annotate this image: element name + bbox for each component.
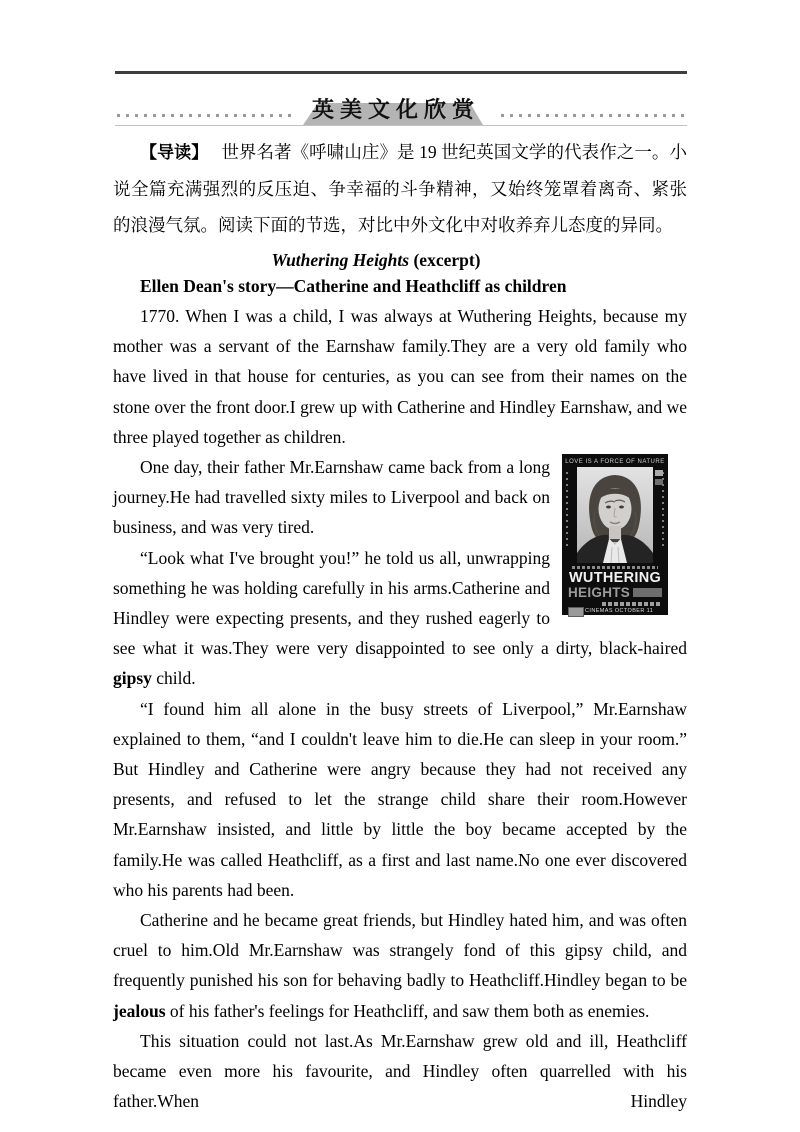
paragraph: This situation could not last.As Mr.Earn…	[113, 1026, 687, 1117]
article-title-rest: (excerpt)	[409, 250, 480, 270]
top-rule-divider	[115, 71, 687, 74]
poster-release-text: IN CINEMAS OCTOBER 11	[577, 608, 653, 614]
poster-title-decoration-rect	[633, 588, 662, 597]
article-title: Wuthering Heights (excerpt)	[113, 247, 687, 273]
section-banner: 英美文化欣赏	[113, 101, 687, 126]
poster-tagline: LOVE IS A FORCE OF NATURE	[565, 459, 664, 465]
poster-title-line2-row: HEIGHTS	[568, 586, 662, 600]
poster-credits-bar-decoration	[572, 566, 658, 569]
certificate-icon	[568, 607, 584, 617]
page-content: 【导读】世界名著《呼啸山庄》是 19 世纪英国文学的代表作之一。小说全篇充满强烈…	[113, 134, 687, 1116]
banner-dots-left	[117, 114, 293, 117]
textbook-page: 英美文化欣赏 【导读】世界名著《呼啸山庄》是 19 世纪英国文学的代表作之一。小…	[0, 0, 800, 1132]
poster-release-row: IN CINEMAS OCTOBER 11	[568, 608, 662, 614]
section-banner-title: 英美文化欣赏	[291, 100, 495, 122]
poster-badge-icon	[655, 479, 663, 485]
banner-dots-right	[501, 114, 685, 117]
woman-portrait-image	[577, 467, 653, 563]
poster-left-credits-decoration	[566, 472, 568, 549]
intro-paragraph: 【导读】世界名著《呼啸山庄》是 19 世纪英国文学的代表作之一。小说全篇充满强烈…	[113, 134, 687, 243]
poster-title-line1: WUTHERING	[569, 571, 661, 586]
intro-label: 【导读】	[140, 143, 208, 163]
article-title-italic: Wuthering Heights	[271, 250, 409, 270]
poster-small-credits-decoration	[602, 602, 662, 606]
wuthering-heights-movie-poster: LOVE IS A FORCE OF NATURE	[562, 454, 668, 615]
poster-rating-badges	[655, 470, 663, 485]
paragraph: “I found him all alone in the busy stree…	[113, 694, 687, 905]
banner-underline	[115, 125, 687, 126]
paragraph: 1770. When I was a child, I was always a…	[113, 301, 687, 452]
paragraph-group-before-poster: 1770. When I was a child, I was always a…	[113, 301, 687, 452]
article-subtitle: Ellen Dean's story—Catherine and Heathcl…	[113, 273, 687, 300]
paragraph: Catherine and he became great friends, b…	[113, 905, 687, 1026]
poster-title-line2: HEIGHTS	[568, 586, 630, 600]
article-body: 1770. When I was a child, I was always a…	[113, 301, 687, 1116]
poster-badge-icon	[655, 470, 663, 476]
